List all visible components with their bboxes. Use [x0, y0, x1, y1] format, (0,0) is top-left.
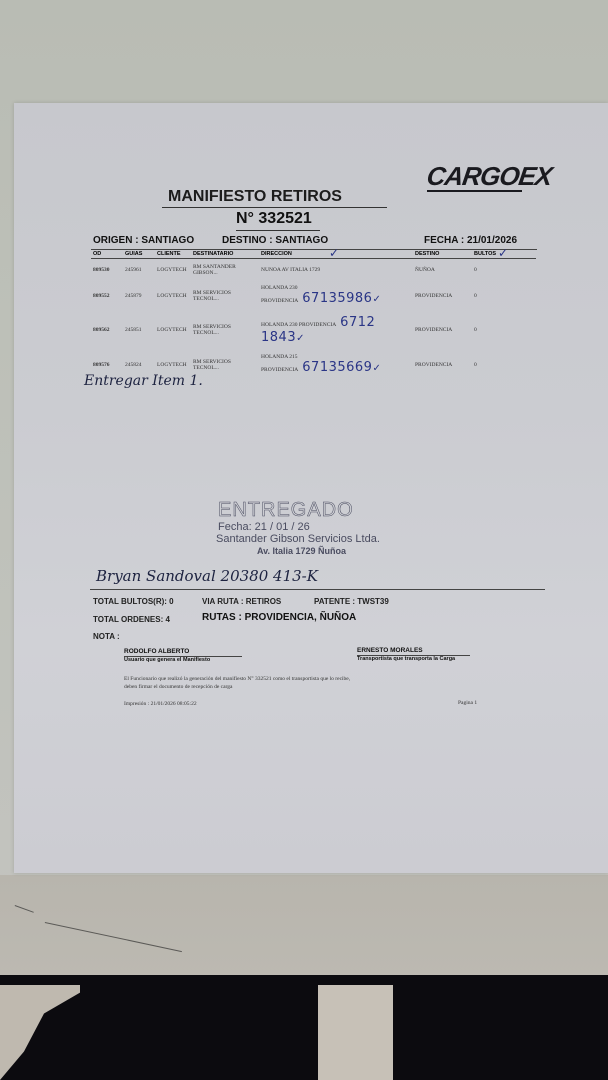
destinatario-value: RM SERVICIOS TECNOL...	[193, 290, 231, 302]
od-value: 809552	[93, 293, 110, 299]
rutas: RUTAS : PROVIDENCIA, ÑUÑOA	[202, 612, 356, 623]
shelf-gap	[318, 985, 393, 1080]
col-destino: DESTINO	[413, 250, 472, 259]
cell-direccion: HOLANDA 230 PROVIDENCIA6712 1843✓	[259, 310, 413, 349]
checkmark-icon: ✓	[372, 363, 380, 374]
date: FECHA : 21/01/2026	[424, 235, 517, 246]
cell-cliente: LOGYTECH	[155, 259, 191, 281]
bultos-value: 0	[474, 362, 477, 368]
cell-bultos: 0	[472, 310, 536, 349]
handwritten-phone: 6712 1843	[261, 315, 375, 345]
col-guias: GUIAS	[123, 250, 155, 259]
cell-bultos: 0	[472, 349, 536, 379]
direccion-value: HOLANDA 215 PROVIDENCIA	[261, 354, 298, 373]
cell-direccion: NUNOA AV ITALIA 1729	[259, 259, 413, 281]
cargoex-logo: CARGOEX	[425, 161, 554, 192]
manifest-number: N° 332521	[236, 210, 312, 228]
stamp-address: Av. Italia 1729 Ñuñoa	[257, 546, 346, 556]
destino-value: ÑUÑOA	[415, 267, 435, 273]
origin: ORIGEN : SANTIAGO	[93, 235, 194, 246]
cell-od: 809562	[91, 310, 123, 349]
handwritten-checkmark: ✓	[498, 246, 508, 260]
handwritten-phone: 67135669	[302, 360, 372, 375]
col-destinatario: DESTINATARIO	[191, 250, 259, 259]
cell-direccion: HOLANDA 215 PROVIDENCIA67135669✓	[259, 349, 413, 379]
generator-name: RODOLFO ALBERTO	[124, 648, 189, 655]
destino-value: PROVIDENCIA	[415, 362, 452, 368]
stamp-entregado: ENTREGADO	[218, 499, 354, 522]
direccion-value: HOLANDA 230 PROVIDENCIA	[261, 285, 298, 304]
dark-shelf	[0, 975, 608, 1080]
cell-bultos: 0	[472, 259, 536, 281]
cell-bultos: 0	[472, 280, 536, 310]
generator-role: Usuario que genera el Manifiesto	[124, 657, 210, 663]
table-header-row: OD GUIAS CLIENTE DESTINATARIO DIRECCION …	[91, 250, 536, 259]
document-title: MANIFIESTO RETIROS	[168, 188, 342, 206]
guias-value: 245851	[125, 327, 142, 333]
cliente-value: LOGYTECH	[157, 267, 187, 273]
receiver-signature: Bryan Sandoval 20380 413-K	[96, 567, 318, 585]
cell-destinatario: RM SANTANDER GIBSON...	[191, 259, 259, 281]
total-bultos: TOTAL BULTOS(R): 0	[93, 597, 174, 606]
number-underline	[236, 230, 320, 231]
destination: DESTINO : SANTIAGO	[222, 235, 328, 246]
bultos-value: 0	[474, 267, 477, 273]
destinatario-value: RM SERVICIOS TECNOL...	[193, 324, 231, 336]
manifest-document: CARGOEX MANIFIESTO RETIROS N° 332521 ORI…	[14, 103, 608, 873]
cliente-value: LOGYTECH	[157, 362, 187, 368]
guias-value: 245879	[125, 293, 142, 299]
stamp-date: Fecha: 21 / 01 / 26	[218, 521, 310, 533]
carrier-name: ERNESTO MORALES	[357, 647, 423, 654]
cell-destino: PROVIDENCIA	[413, 349, 472, 379]
table-row: 809562245851LOGYTECHRM SERVICIOS TECNOL.…	[91, 310, 536, 349]
cell-destino: ÑUÑOA	[413, 259, 472, 281]
via-ruta: VIA RUTA : RETIROS	[202, 597, 281, 606]
cell-destino: PROVIDENCIA	[413, 280, 472, 310]
cell-destinatario: RM SERVICIOS TECNOL...	[191, 310, 259, 349]
destinatario-value: RM SERVICIOS TECNOL...	[193, 359, 231, 371]
od-value: 809576	[93, 362, 110, 368]
table-row: 809530245961LOGYTECHRM SANTANDER GIBSON.…	[91, 259, 536, 281]
cell-guias: 245851	[123, 310, 155, 349]
col-cliente: CLIENTE	[155, 250, 191, 259]
direccion-value: HOLANDA 230 PROVIDENCIA	[261, 322, 336, 328]
col-od: OD	[91, 250, 123, 259]
cliente-value: LOGYTECH	[157, 293, 187, 299]
checkmark-icon: ✓	[372, 294, 380, 305]
table-row: 809552245879LOGYTECHRM SERVICIOS TECNOL.…	[91, 280, 536, 310]
cell-direccion: HOLANDA 230 PROVIDENCIA67135986✓	[259, 280, 413, 310]
signature-rule	[90, 589, 545, 590]
cell-guias: 245879	[123, 280, 155, 310]
page-number: Pagina 1	[458, 700, 477, 706]
disclaimer-line-1: El Funcionario que realizó la generación…	[124, 676, 350, 682]
patente: PATENTE : TWST39	[314, 597, 389, 606]
title-underline	[162, 207, 387, 208]
items-table: OD GUIAS CLIENTE DESTINATARIO DIRECCION …	[91, 250, 536, 379]
cell-destinatario: RM SERVICIOS TECNOL...	[191, 280, 259, 310]
od-value: 809562	[93, 327, 110, 333]
checkmark-icon: ✓	[296, 333, 304, 344]
print-timestamp: Impresión : 21/01/2026 08:05:22	[124, 701, 197, 707]
disclaimer-line-2: deben firmar el documento de recepción d…	[124, 684, 232, 690]
handwritten-phone: 67135986	[302, 291, 372, 306]
cell-destino: PROVIDENCIA	[413, 310, 472, 349]
cell-od: 809530	[91, 259, 123, 281]
od-value: 809530	[93, 267, 110, 273]
cell-cliente: LOGYTECH	[155, 280, 191, 310]
handwritten-note: Entregar Item 1.	[84, 373, 203, 389]
destino-value: PROVIDENCIA	[415, 293, 452, 299]
direccion-value: NUNOA AV ITALIA 1729	[261, 267, 320, 273]
destino-value: PROVIDENCIA	[415, 327, 452, 333]
nota-label: NOTA :	[93, 632, 120, 641]
bultos-value: 0	[474, 293, 477, 299]
cell-cliente: LOGYTECH	[155, 310, 191, 349]
cliente-value: LOGYTECH	[157, 327, 187, 333]
bultos-value: 0	[474, 327, 477, 333]
destinatario-value: RM SANTANDER GIBSON...	[193, 264, 236, 276]
logo-underline	[427, 190, 522, 192]
handwritten-checkmark: ✓	[329, 246, 339, 260]
total-ordenes: TOTAL ORDENES: 4	[93, 615, 170, 624]
cell-od: 809552	[91, 280, 123, 310]
guias-value: 245824	[125, 362, 142, 368]
stamp-company: Santander Gibson Servicios Ltda.	[216, 533, 380, 545]
guias-value: 245961	[125, 267, 142, 273]
cell-guias: 245961	[123, 259, 155, 281]
carrier-role: Transportista que transporta la Carga	[357, 656, 455, 662]
